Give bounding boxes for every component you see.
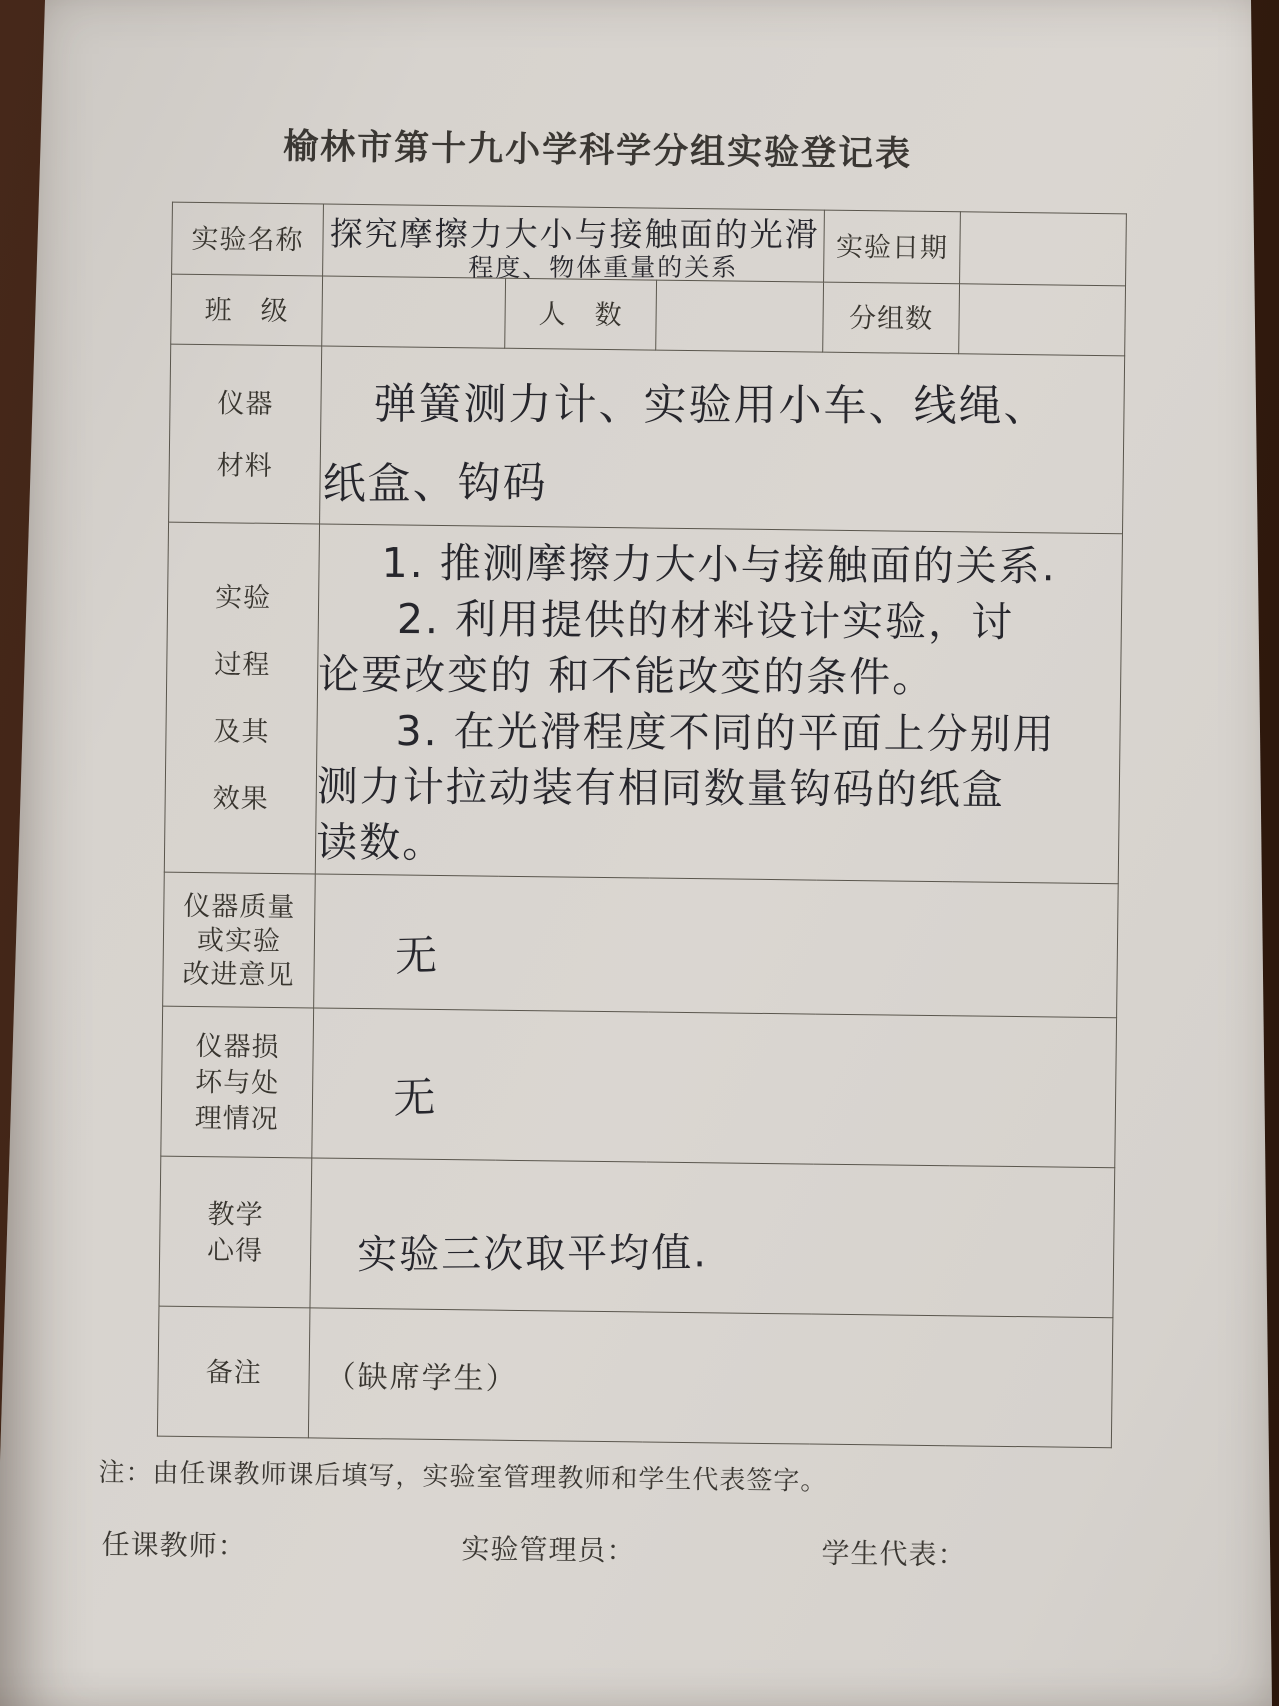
student-rep-signature-label: 学生代表：	[821, 1532, 966, 1574]
lab-manager-signature-label: 实验管理员：	[461, 1527, 635, 1569]
improvement-label: 仪器质量 或实验 改进意见	[163, 872, 316, 1008]
people-count-label: 人 数	[505, 278, 657, 350]
equipment-value: 弹簧测力计、实验用小车、线绳、 纸盒、钩码	[320, 346, 1125, 534]
row-reflection: 教学 心得 实验三次取平均值.	[159, 1156, 1115, 1318]
remark-value: （缺席学生）	[308, 1308, 1113, 1448]
teacher-signature-label: 任课教师：	[101, 1523, 246, 1565]
paper-sheet: 榆林市第十九小学科学分组实验登记表 实验名称 探究摩擦力大小与接触面的光滑 程度…	[0, 0, 1279, 1706]
experiment-name-line1: 探究摩擦力大小与接触面的光滑	[324, 210, 824, 253]
experiment-name-value: 探究摩擦力大小与接触面的光滑 程度、物体重量的关系	[323, 204, 825, 282]
damage-label: 仪器损 坏与处 理情况	[161, 1006, 314, 1158]
remark-label: 备注	[157, 1306, 310, 1438]
row-process: 实验 过程 及其 效果 1. 推测摩擦力大小与接触面的关系. 2. 利用提供的材…	[164, 522, 1122, 884]
footnote: 注：由任课教师课后填写，实验室管理教师和学生代表签字。	[98, 1452, 1263, 1503]
group-count-label: 分组数	[823, 282, 960, 354]
photo-background: 榆林市第十九小学科学分组实验登记表 实验名称 探究摩擦力大小与接触面的光滑 程度…	[0, 0, 1279, 1706]
row-improvement: 仪器质量 或实验 改进意见 无	[163, 872, 1119, 1018]
experiment-date-label: 实验日期	[824, 210, 961, 284]
class-label: 班 级	[171, 274, 323, 346]
row-equipment: 仪器 材料 弹簧测力计、实验用小车、线绳、 纸盒、钩码	[169, 344, 1125, 534]
row-remark: 备注 （缺席学生）	[157, 1306, 1113, 1448]
row-class-count-group: 班 级 人 数 分组数	[171, 274, 1126, 356]
process-value: 1. 推测摩擦力大小与接触面的关系. 2. 利用提供的材料设计实验，讨 论要改变…	[315, 524, 1122, 884]
class-value	[322, 276, 506, 348]
damage-value: 无	[312, 1008, 1117, 1168]
improvement-value: 无	[314, 874, 1119, 1018]
group-count-value	[959, 284, 1126, 356]
experiment-form-table: 实验名称 探究摩擦力大小与接触面的光滑 程度、物体重量的关系 实验日期 班 级 …	[157, 202, 1127, 1449]
reflection-label: 教学 心得	[159, 1156, 312, 1308]
signature-line: 任课教师： 实验管理员： 学生代表：	[0, 1521, 1263, 1577]
reflection-value: 实验三次取平均值.	[310, 1158, 1115, 1318]
page-title: 榆林市第十九小学科学分组实验登记表	[120, 117, 1075, 179]
people-count-value	[656, 280, 824, 352]
process-label: 实验 过程 及其 效果	[164, 522, 319, 874]
row-damage: 仪器损 坏与处 理情况 无	[161, 1006, 1117, 1168]
equipment-label: 仪器 材料	[169, 344, 322, 524]
experiment-name-label: 实验名称	[172, 202, 324, 276]
experiment-name-line2: 程度、物体重量的关系	[383, 254, 823, 281]
form-content: 榆林市第十九小学科学分组实验登记表 实验名称 探究摩擦力大小与接触面的光滑 程度…	[0, 0, 1279, 1577]
experiment-date-value	[960, 212, 1127, 286]
row-experiment-name: 实验名称 探究摩擦力大小与接触面的光滑 程度、物体重量的关系 实验日期	[172, 202, 1127, 286]
